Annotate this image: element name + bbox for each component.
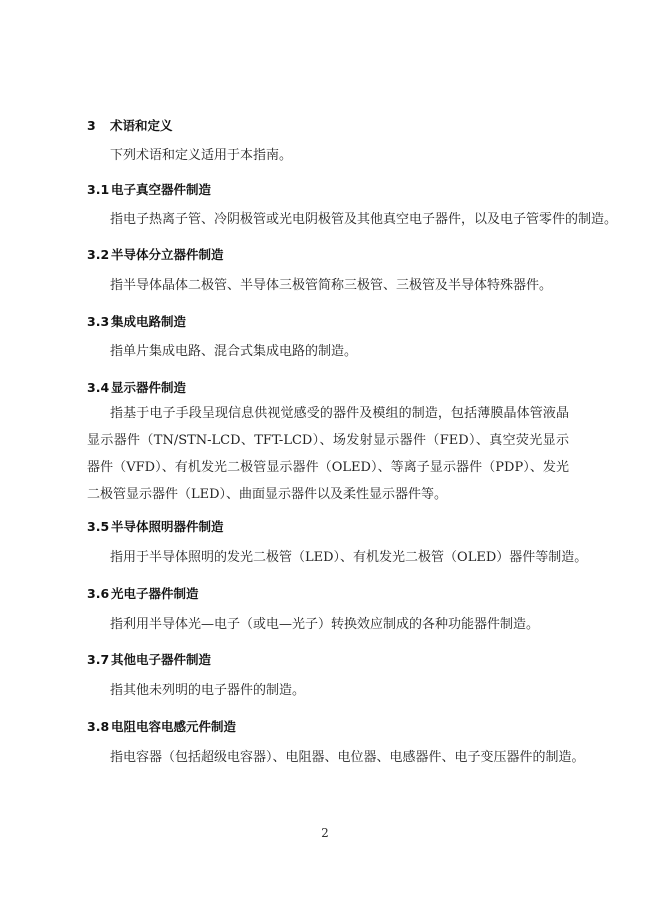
section-title: 术语和定义 xyxy=(110,118,173,133)
term-heading-3-8: 3.8电阻电容电感元件制造 xyxy=(87,717,236,735)
term-definition-3-7: 指其他未列明的电子器件的制造。 xyxy=(110,677,580,704)
section-number: 3 xyxy=(87,118,110,133)
term-definition-3-4: 指基于电子手段呈现信息供视觉感受的器件及模组的制造，包括薄膜晶体管液晶显示器件（… xyxy=(87,400,569,508)
term-definition-3-3: 指单片集成电路、混合式集成电路的制造。 xyxy=(110,338,580,365)
term-heading-3-1: 3.1电子真空器件制造 xyxy=(87,180,211,198)
term-heading-3-6: 3.6光电子器件制造 xyxy=(87,584,199,602)
term-definition-3-1: 指电子热离子管、冷阴极管或光电阴极管及其他真空电子器件，以及电子管零件的制造。 xyxy=(110,206,580,233)
term-definition-3-2: 指半导体晶体二极管、半导体三极管简称三极管、三极管及半导体特殊器件。 xyxy=(110,272,580,299)
term-heading-3-4: 3.4显示器件制造 xyxy=(87,378,186,396)
term-heading-3-7: 3.7其他电子器件制造 xyxy=(87,650,211,668)
section-intro: 下列术语和定义适用于本指南。 xyxy=(110,142,580,169)
page-number: 2 xyxy=(0,826,650,840)
section-heading: 3术语和定义 xyxy=(87,116,173,134)
term-heading-3-2: 3.2半导体分立器件制造 xyxy=(87,245,224,263)
term-heading-3-5: 3.5半导体照明器件制造 xyxy=(87,517,224,535)
term-definition-3-5: 指用于半导体照明的发光二极管（LED）、有机发光二极管（OLED）器件等制造。 xyxy=(110,544,580,571)
term-definition-3-8: 指电容器（包括超级电容器）、电阻器、电位器、电感器件、电子变压器件的制造。 xyxy=(110,744,580,771)
term-definition-3-6: 指利用半导体光—电子（或电—光子）转换效应制成的各种功能器件制造。 xyxy=(110,611,580,638)
term-heading-3-3: 3.3集成电路制造 xyxy=(87,312,186,330)
